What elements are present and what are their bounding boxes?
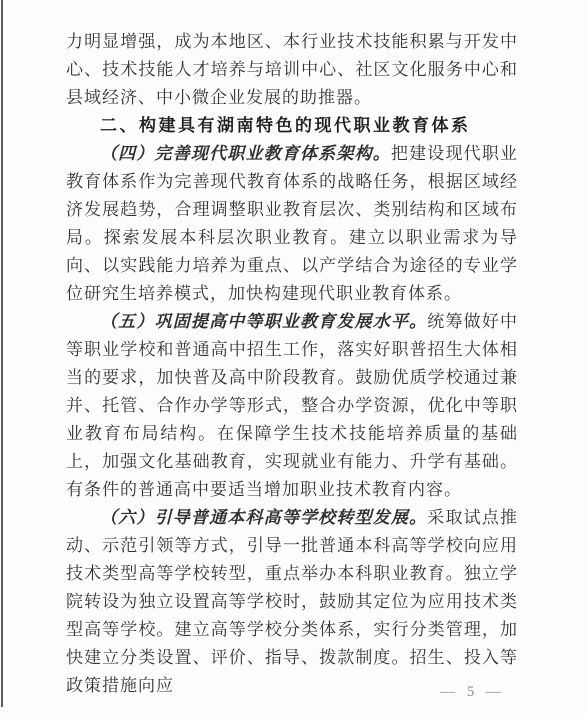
paragraph-6-body: 采取试点推动、示范引领等方式，引导一批普通本科高等学校向应用技术类型高等学校转型… bbox=[66, 508, 518, 695]
page-number: — 5 — bbox=[440, 682, 505, 702]
paragraph-5-lead: （五）巩固提高中等职业教育发展水平。 bbox=[100, 312, 427, 331]
paragraph-6-lead: （六）引导普通本科高等学校转型发展。 bbox=[100, 508, 427, 527]
page-edge-line bbox=[1, 0, 3, 707]
paragraph-item-5: （五）巩固提高中等职业教育发展水平。统筹做好中等职业学校和普通高中招生工作，落实… bbox=[66, 308, 518, 504]
document-page-content: 力明显增强，成为本地区、本行业技术技能积累与开发中心、技术技能人才培养与培训中心… bbox=[66, 28, 518, 700]
paragraph-continuation: 力明显增强，成为本地区、本行业技术技能积累与开发中心、技术技能人才培养与培训中心… bbox=[66, 28, 518, 112]
paragraph-item-6: （六）引导普通本科高等学校转型发展。采取试点推动、示范引领等方式，引导一批普通本… bbox=[66, 504, 518, 700]
paragraph-4-body: 把建设现代职业教育体系作为完善现代教育体系的战略任务，根据区域经济发展趋势，合理… bbox=[66, 144, 518, 303]
section-heading: 二、构建具有湖南特色的现代职业教育体系 bbox=[66, 112, 518, 140]
paragraph-item-4: （四）完善现代职业教育体系架构。把建设现代职业教育体系作为完善现代教育体系的战略… bbox=[66, 140, 518, 308]
paragraph-4-lead: （四）完善现代职业教育体系架构。 bbox=[100, 144, 391, 163]
paragraph-5-body: 统筹做好中等职业学校和普通高中招生工作，落实好职普招生大体相当的要求，加快普及高… bbox=[66, 312, 518, 499]
